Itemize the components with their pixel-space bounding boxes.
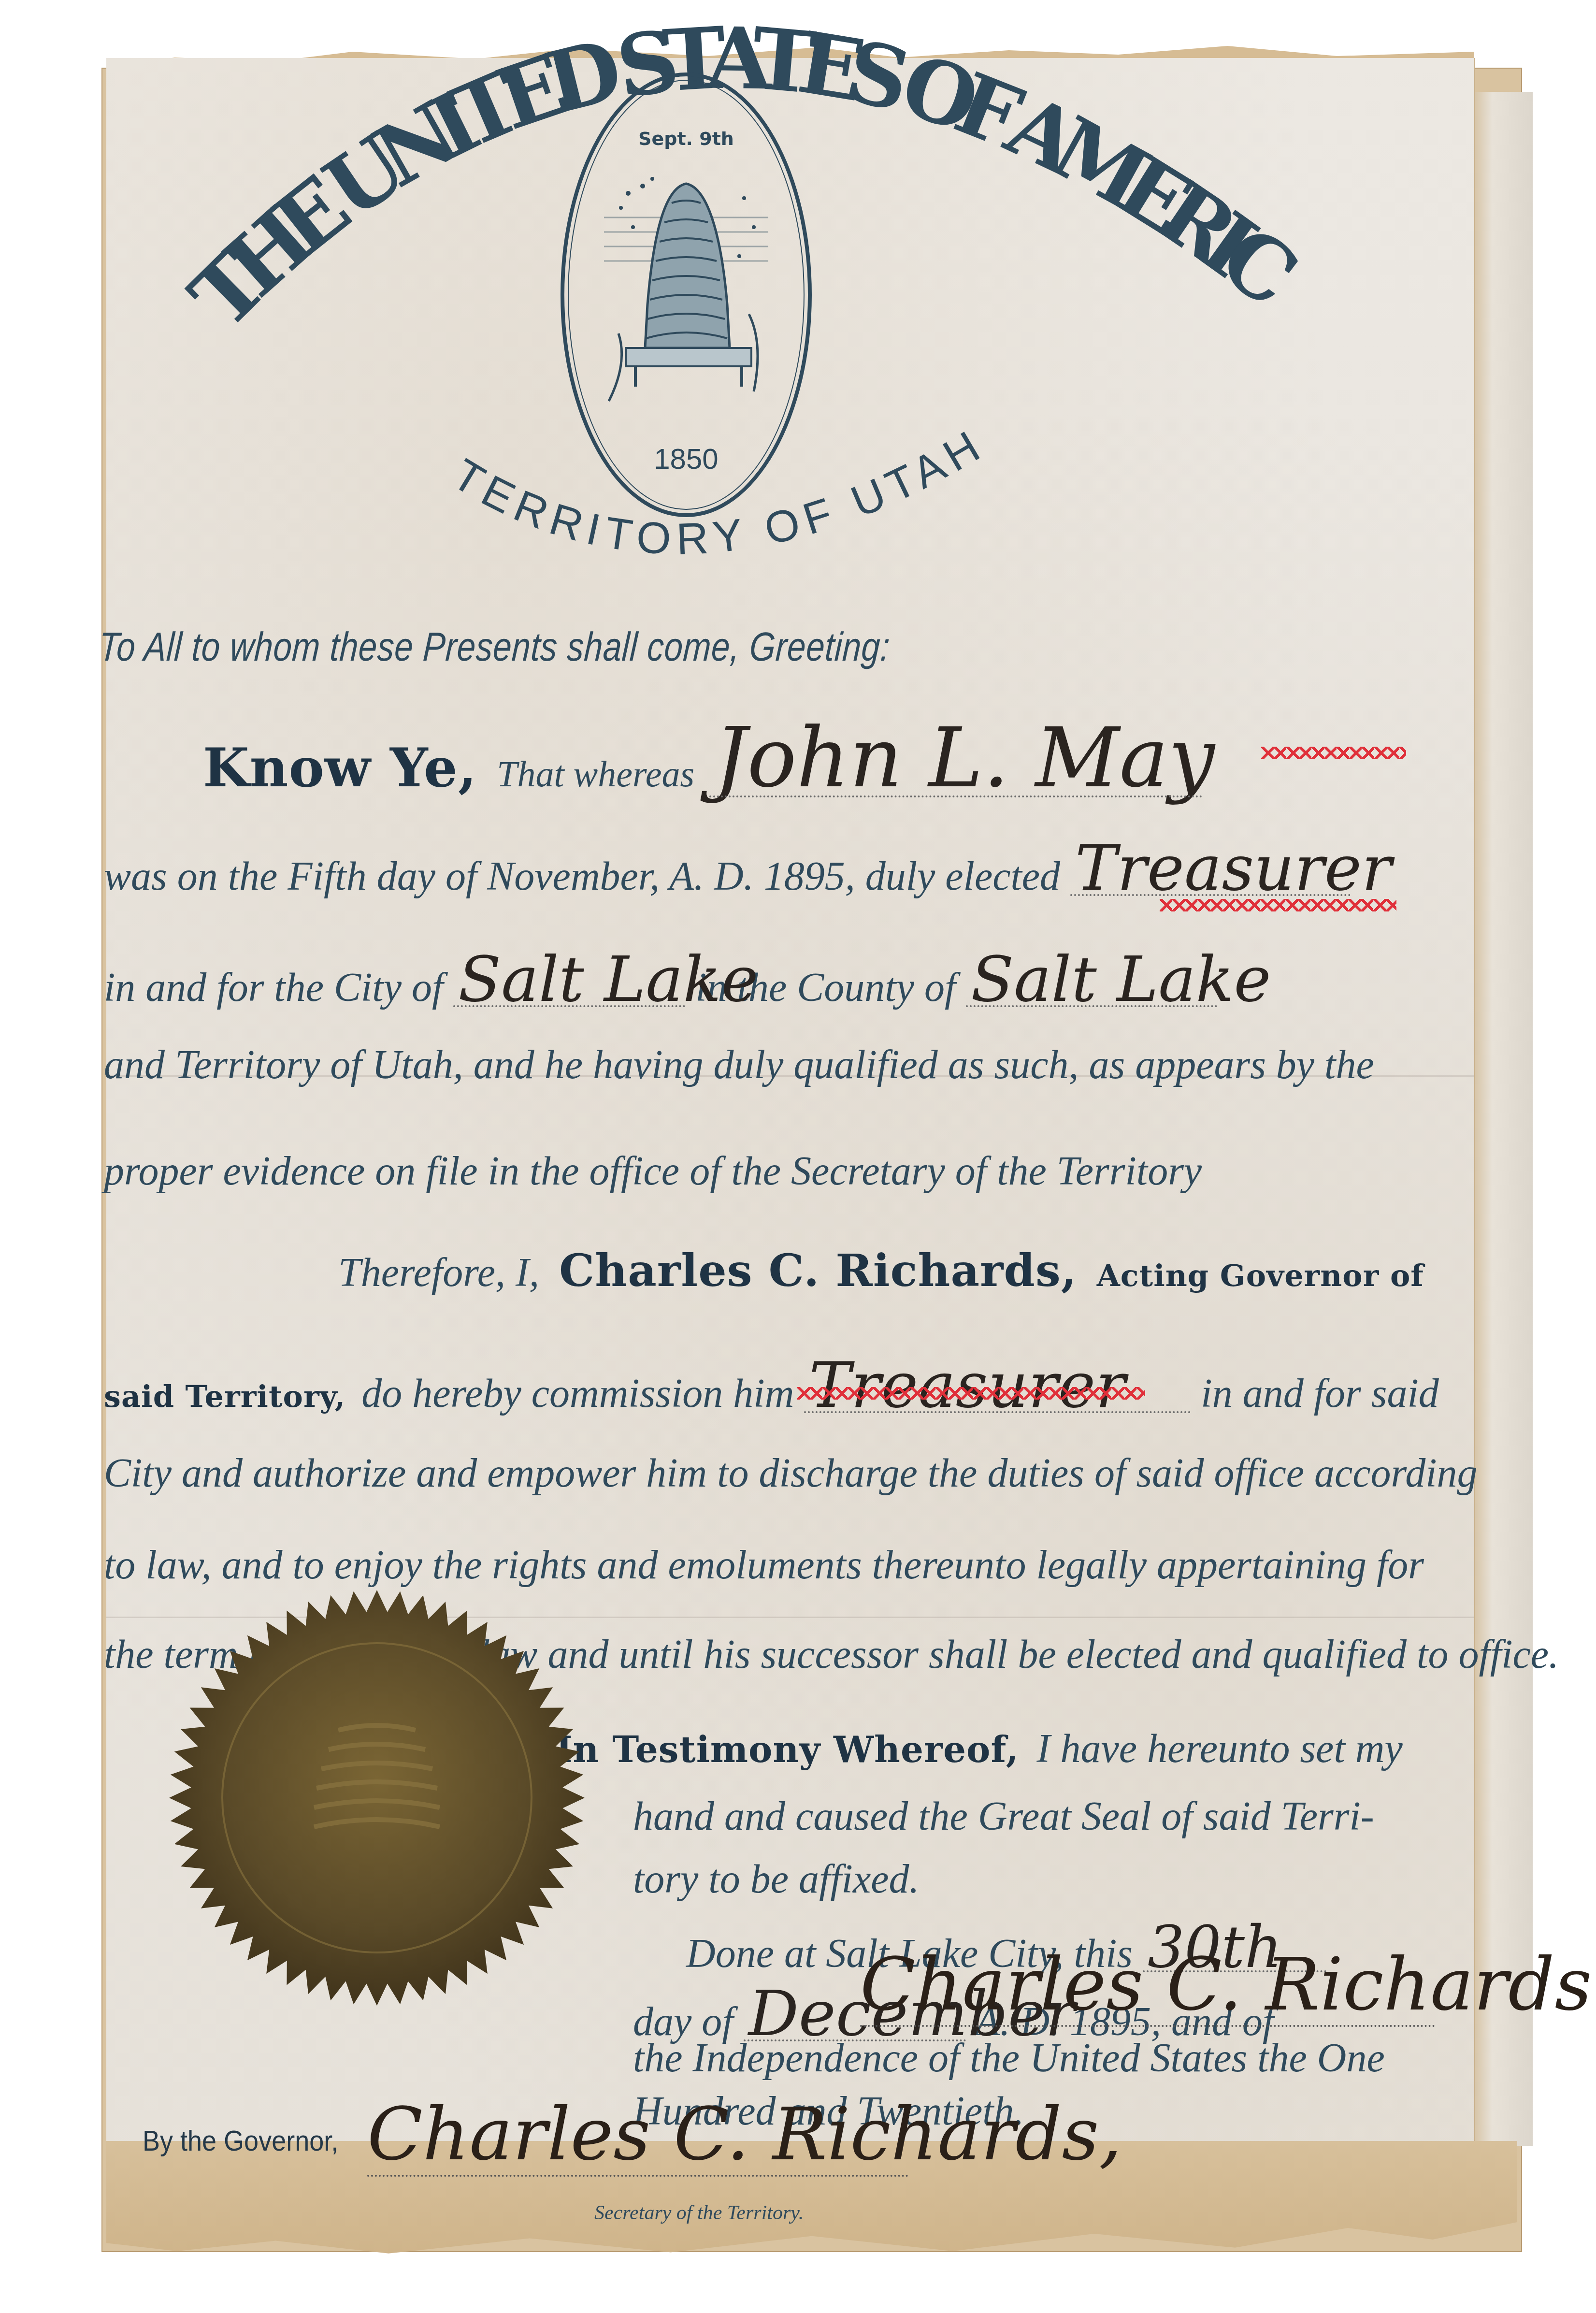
beehive-icon	[599, 159, 773, 411]
secretary-signature: Charles C. Richards,	[367, 2093, 1122, 2177]
know-ye-heading: Know Ye,	[203, 737, 477, 799]
governor-signature: Charles C. Richards	[860, 1943, 1592, 2027]
seal-date-text: Sept. 9th	[561, 128, 812, 149]
filled-county-field: Salt Lake	[966, 942, 1217, 1016]
testimony-line-3: tory to be affixed.	[633, 1856, 920, 1903]
seal-year-text: 1850	[561, 442, 812, 476]
body-line-6: Therefore, I, Charles C. Richards, Actin…	[338, 1244, 1424, 1297]
body-text: in and for said	[1201, 1371, 1438, 1416]
said-territory-text: said Territory,	[104, 1379, 345, 1414]
body-text: was on the Fifth day of November, A. D. …	[104, 854, 1060, 899]
governor-name: Charles C. Richards,	[559, 1244, 1077, 1297]
filled-office-field: Treasurer	[804, 1348, 1191, 1422]
secretary-caption: Secretary of the Territory.	[594, 2201, 804, 2225]
greeting-line: To All to whom these Presents shall come…	[98, 623, 891, 670]
body-line-1: Know Ye, That whereas John L. May	[203, 710, 1202, 806]
red-underline	[1261, 747, 1406, 759]
governor-title: Acting Governor of	[1097, 1258, 1424, 1293]
body-text: Therefore, I,	[338, 1250, 539, 1295]
body-line-5: proper evidence on file in the office of…	[104, 1148, 1202, 1195]
body-text: in and for the City of	[104, 965, 443, 1010]
testimony-line-1: In Testimony Whereof, I have hereunto se…	[556, 1725, 1403, 1772]
body-line-4: and Territory of Utah, and he having dul…	[104, 1041, 1374, 1088]
governor-signature-line	[860, 2025, 1435, 2027]
body-line-9: to law, and to enjoy the rights and emol…	[104, 1542, 1424, 1589]
filled-name-field: John L. May	[709, 710, 1202, 806]
filled-city-field: Salt Lake	[453, 942, 685, 1016]
by-the-governor-label: By the Governor,	[143, 2124, 338, 2157]
red-underline	[797, 1387, 1145, 1400]
secretary-signature-line	[367, 2175, 908, 2177]
red-underline	[1160, 899, 1396, 911]
testimony-line-6: the Independence of the United States th…	[633, 2035, 1385, 2082]
testimony-line-2: hand and caused the Great Seal of said T…	[633, 1793, 1374, 1840]
body-text: do hereby commission him	[361, 1371, 794, 1416]
body-line-7: said Territory, do hereby commission him…	[104, 1348, 1439, 1422]
in-testimony-heading: In Testimony Whereof,	[556, 1729, 1019, 1771]
body-line-3: in and for the City of Salt Lake in the …	[104, 942, 1217, 1016]
filled-office-field: Treasurer	[1070, 831, 1351, 905]
gold-beehive-seal-icon	[164, 1585, 590, 2010]
body-text: That whereas	[497, 754, 694, 795]
body-line-8: City and authorize and empower him to di…	[104, 1450, 1477, 1497]
body-line-2: was on the Fifth day of November, A. D. …	[104, 831, 1351, 905]
body-text: I have hereunto set my	[1036, 1726, 1402, 1771]
